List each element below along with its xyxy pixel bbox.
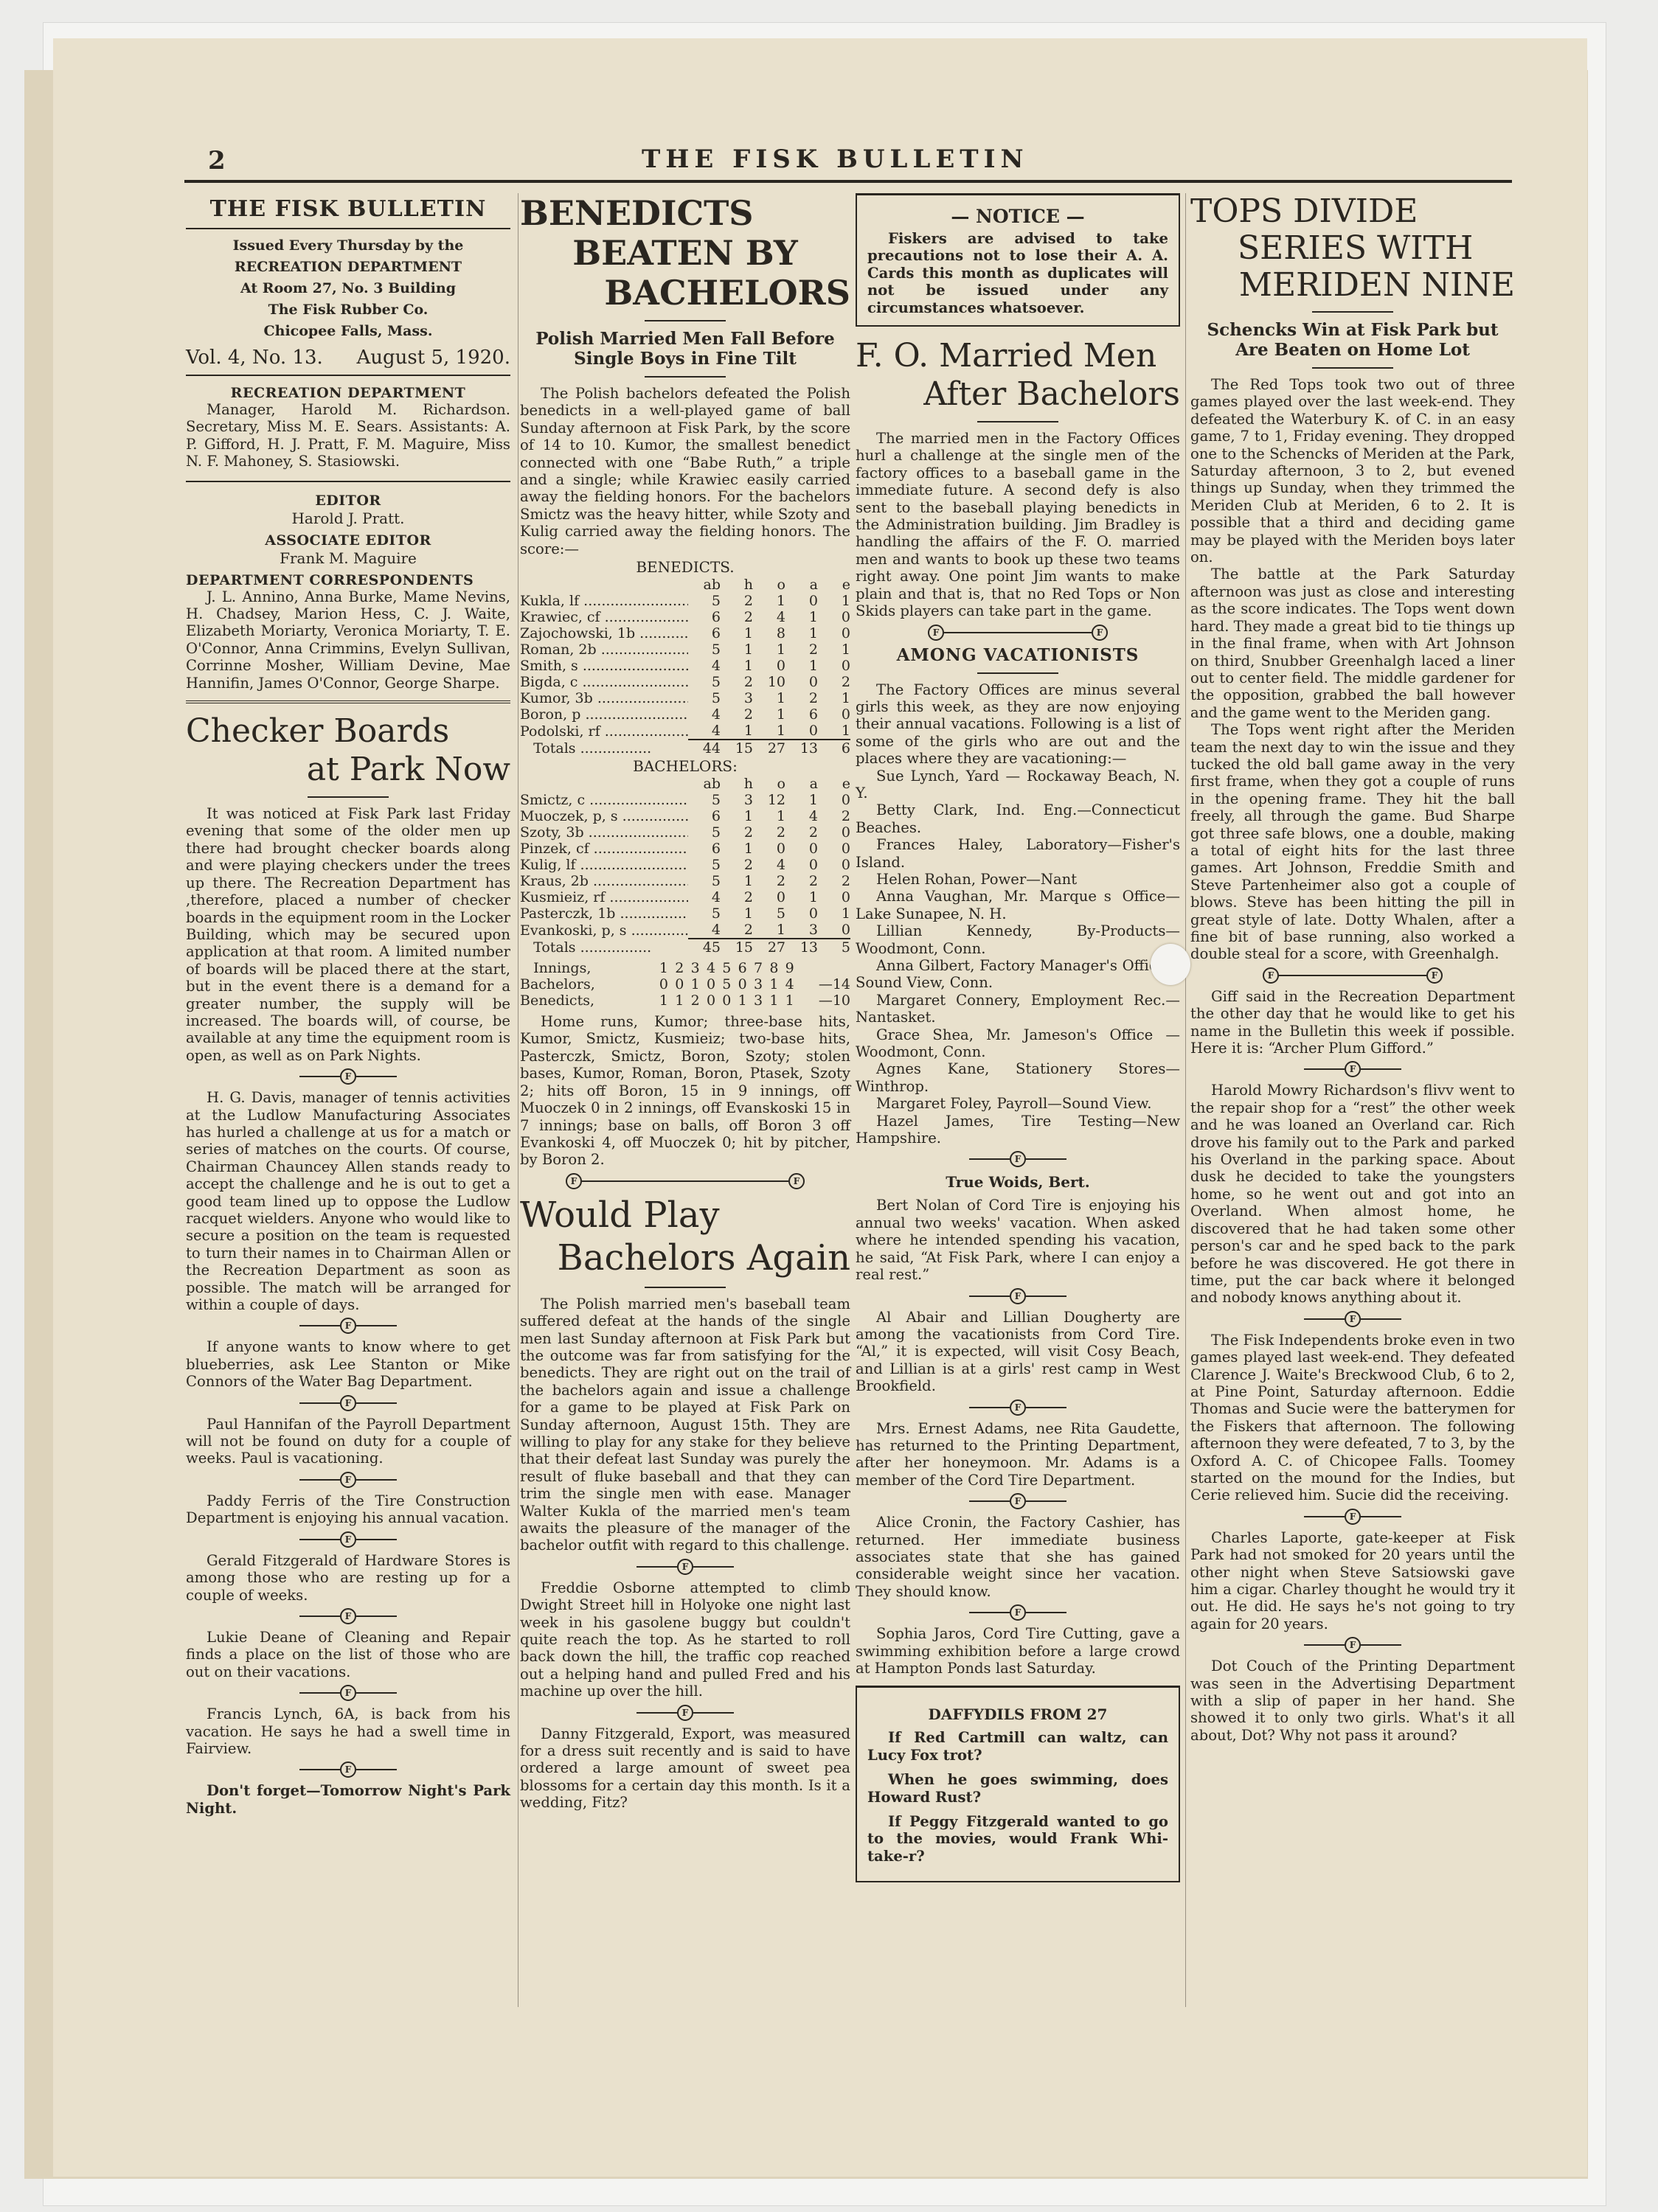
f-separator: F xyxy=(186,1068,510,1085)
stat-cell: 2 xyxy=(818,808,850,824)
news-item: Lukie Deane of Cleaning and Repair finds… xyxy=(186,1629,510,1680)
stat-cell: 4 xyxy=(785,808,818,824)
daffydil-item: When he goes swimming, does Howard Rust? xyxy=(867,1771,1168,1806)
player-row: Kulig, lf ..............................… xyxy=(520,857,850,873)
stat-cell: 1 xyxy=(753,690,785,706)
stat-cell: 4 xyxy=(688,706,721,723)
stat-cell: 1 xyxy=(721,723,753,740)
column-header: e xyxy=(818,577,850,593)
fisk-f-icon: F xyxy=(340,1685,356,1701)
separator-line xyxy=(299,1539,340,1540)
player-row: Smith, s ..............................4… xyxy=(520,658,850,674)
separator-line xyxy=(969,1612,1010,1613)
header-rule xyxy=(184,180,1512,183)
stat-cell: 4 xyxy=(688,723,721,740)
tops-deck: Schencks Win at Fisk Park but Are Beaten… xyxy=(1190,320,1515,360)
inning-runs: 0 xyxy=(715,992,731,1009)
masthead-line: Chicopee Falls, Mass. xyxy=(186,321,510,342)
stat-cell: 6 xyxy=(688,625,721,641)
column-1: THE FISK BULLETIN Issued Every Thursday … xyxy=(186,193,510,1817)
total-cell: 15 xyxy=(721,740,753,757)
news-item: Gerald Fitzgerald of Hardware Stores is … xyxy=(186,1552,510,1604)
inning-runs: 1 xyxy=(778,992,794,1009)
inning-runs: 5 xyxy=(715,976,731,992)
notice-body: Fiskers are advised to take precautions … xyxy=(867,230,1168,316)
daffydil-item: If Peggy Fitzgerald wanted to go to the … xyxy=(867,1813,1168,1865)
separator-line xyxy=(356,1402,397,1404)
fisk-f-icon: F xyxy=(677,1559,693,1575)
tops-paragraph: The battle at the Park Saturday afternoo… xyxy=(1190,566,1515,721)
vacationists-intro: The Factory Offices are minus several gi… xyxy=(856,681,1180,768)
news-item: Sophia Jaros, Cord Tire Cutting, gave a … xyxy=(856,1625,1180,1677)
player-row: Szoty, 3b ..............................… xyxy=(520,824,850,841)
stat-cell: 3 xyxy=(721,690,753,706)
column-header: a xyxy=(785,776,818,792)
short-rule xyxy=(977,672,1058,674)
stat-cell: 5 xyxy=(688,905,721,922)
player-row: Krawiec, cf ............................… xyxy=(520,609,850,625)
tops-paragraphs: The Red Tops took two out of three games… xyxy=(1190,376,1515,963)
separator-line xyxy=(969,1295,1010,1297)
stat-cell: 1 xyxy=(721,873,753,889)
stat-cell: 12 xyxy=(753,792,785,808)
fisk-f-icon: F xyxy=(340,1531,356,1548)
fo-body: The married men in the Factory Offices h… xyxy=(856,430,1180,619)
benedicts-headline: BENEDICTS BEATEN BY BACHELORS xyxy=(520,193,850,313)
vacationist-entry: Betty Clark, Ind. Eng.—Connecticut Beach… xyxy=(856,801,1180,836)
f-separator: F xyxy=(186,1608,510,1624)
fisk-f-icon: F xyxy=(1426,967,1443,984)
issue-date: August 5, 1920. xyxy=(357,347,510,369)
separator-line xyxy=(1026,1407,1066,1408)
f-separator: F xyxy=(856,1493,1180,1509)
stat-cell: 1 xyxy=(818,905,850,922)
stat-cell: 2 xyxy=(785,873,818,889)
inning-runs: 3 xyxy=(747,992,763,1009)
headline-line: SERIES WITH xyxy=(1190,230,1515,267)
column-header: ab xyxy=(688,776,721,792)
editor-name: Harold J. Pratt. xyxy=(186,509,510,528)
player-name: Pasterczk, 1b ..........................… xyxy=(520,905,688,922)
inning-runs: 1 xyxy=(731,992,746,1009)
fisk-f-icon: F xyxy=(1263,967,1279,984)
stat-cell: 2 xyxy=(721,889,753,905)
separator-line xyxy=(356,1076,397,1077)
headline-line: at Park Now xyxy=(186,751,510,789)
inning-number: 8 xyxy=(763,960,778,976)
headline-line: TOPS DIVIDE xyxy=(1190,193,1515,230)
separator-line xyxy=(637,1566,677,1568)
column-header xyxy=(520,577,688,593)
f-separator: F xyxy=(186,1318,510,1334)
total-cell: 27 xyxy=(753,740,785,757)
totals-row: Totals ................441527136 xyxy=(520,740,850,757)
masthead-line: At Room 27, No. 3 Building xyxy=(186,278,510,299)
associate-editor-heading: ASSOCIATE EDITOR xyxy=(186,532,510,549)
stat-cell: 1 xyxy=(753,706,785,723)
inning-number: 1 xyxy=(653,960,668,976)
news-item: Harold Mowry Richardson's flivv went to … xyxy=(1190,1082,1515,1306)
stat-cell: 4 xyxy=(688,658,721,674)
stat-cell: 8 xyxy=(753,625,785,641)
f-separator: F xyxy=(520,1705,850,1721)
vacation-items: Bert Nolan of Cord Tire is enjoying his … xyxy=(856,1197,1180,1677)
stat-cell: 0 xyxy=(785,841,818,857)
inning-runs: 3 xyxy=(747,976,763,992)
headline-line: BEATEN BY xyxy=(520,233,850,273)
paper-hole-damage xyxy=(1151,944,1190,985)
news-item: Charles Laporte, gate-keeper at Fisk Par… xyxy=(1190,1529,1515,1632)
stat-cell: 3 xyxy=(785,922,818,939)
news-item: Francis Lynch, 6A, is back from his vaca… xyxy=(186,1705,510,1757)
daffydils-heading: DAFFYDILS FROM 27 xyxy=(867,1705,1168,1723)
tops-headline: TOPS DIVIDE SERIES WITH MERIDEN NINE xyxy=(1190,193,1515,304)
fisk-f-icon: F xyxy=(340,1472,356,1488)
stat-cell: 1 xyxy=(753,641,785,658)
final-score: —14 xyxy=(794,976,850,992)
player-name: Muoczek, p, s ..........................… xyxy=(520,808,688,824)
f-separator: F xyxy=(186,1685,510,1701)
stat-cell: 2 xyxy=(721,593,753,609)
stat-cell: 4 xyxy=(753,857,785,873)
player-row: Roman, 2b ..............................… xyxy=(520,641,850,658)
news-item: Paul Hannifan of the Payroll Department … xyxy=(186,1416,510,1467)
fisk-f-icon: F xyxy=(566,1173,582,1189)
headline-line: BENEDICTS xyxy=(520,193,850,233)
fisk-f-icon: F xyxy=(1345,1061,1361,1077)
column-header: o xyxy=(753,577,785,593)
inning-number: 4 xyxy=(700,960,715,976)
inning-runs: 1 xyxy=(668,992,684,1009)
stat-cell: 5 xyxy=(688,641,721,658)
player-row: Kumor, 3b ..............................… xyxy=(520,690,850,706)
news-item: Mrs. Ernest Adams, nee Rita Gaudette, ha… xyxy=(856,1420,1180,1489)
short-rule xyxy=(308,796,389,798)
correspondents-list: J. L. Annino, Anna Burke, Mame Nevins, H… xyxy=(186,588,510,692)
inning-number: 9 xyxy=(778,960,794,976)
news-item: Al Abair and Lillian Dougherty are among… xyxy=(856,1309,1180,1395)
stat-cell: 6 xyxy=(688,609,721,625)
separator-line xyxy=(356,1325,397,1326)
inning-runs: 4 xyxy=(778,976,794,992)
player-name: Boron, p .............................. xyxy=(520,706,688,723)
player-name: Podolski, rf ...........................… xyxy=(520,723,688,740)
inning-runs: 1 xyxy=(763,976,778,992)
fisk-f-icon: F xyxy=(340,1068,356,1085)
vacationist-entry: Grace Shea, Mr. Jameson's Office —Woodmo… xyxy=(856,1026,1180,1061)
stat-cell: 1 xyxy=(721,808,753,824)
stat-cell: 2 xyxy=(785,824,818,841)
headline-line: F. O. Married Men xyxy=(856,337,1180,375)
daffydils-items: If Red Cartmill can waltz, can Lucy Fox … xyxy=(867,1729,1168,1865)
page-number: 2 xyxy=(208,146,226,175)
stat-cell: 1 xyxy=(721,658,753,674)
separator-line xyxy=(969,1500,1010,1502)
player-row: Bigda, c ..............................5… xyxy=(520,674,850,690)
stat-cell: 1 xyxy=(753,593,785,609)
would-play-items: FFreddie Osborne attempted to climb Dwig… xyxy=(520,1559,850,1812)
player-name: Zajochowski, 1b ........................… xyxy=(520,625,688,641)
vacationist-entry: Hazel James, Tire Testing—New Hampshire. xyxy=(856,1113,1180,1147)
team-name: BENEDICTS. xyxy=(520,557,850,577)
headline-line: Checker Boards xyxy=(186,712,510,751)
total-cell: 6 xyxy=(818,740,850,757)
associate-editor-name: Frank M. Maguire xyxy=(186,549,510,568)
box-score: BENEDICTS.abhoaeKukla, lf ..............… xyxy=(520,557,850,956)
total-cell: 13 xyxy=(785,740,818,757)
masthead: THE FISK BULLETIN Issued Every Thursday … xyxy=(186,193,510,376)
fisk-f-icon: F xyxy=(340,1318,356,1334)
line-score-row: Benedicts,112001311—10 xyxy=(520,992,850,1009)
f-separator: FF xyxy=(520,1173,850,1189)
stat-cell: 1 xyxy=(785,625,818,641)
totals-row: Totals ................451527135 xyxy=(520,939,850,956)
short-rule xyxy=(645,1287,726,1288)
stat-cell: 5 xyxy=(688,593,721,609)
total-cell: 27 xyxy=(753,939,785,956)
totals-label: Totals ................ xyxy=(520,939,688,956)
correspondents-heading: DEPARTMENT CORRESPONDENTS xyxy=(186,572,510,588)
line-score: Innings,123456789Bachelors,001050314—14B… xyxy=(520,960,850,1009)
separator-line xyxy=(1026,1612,1066,1613)
fisk-f-icon: F xyxy=(928,625,944,641)
fisk-f-icon: F xyxy=(340,1608,356,1624)
news-item: Giff said in the Recreation Department t… xyxy=(1190,988,1515,1057)
player-name: Pinzek, cf .............................… xyxy=(520,841,688,857)
fisk-f-icon: F xyxy=(340,1761,356,1778)
team-label: Bachelors, xyxy=(520,976,653,992)
stat-cell: 1 xyxy=(785,658,818,674)
f-separator: F xyxy=(1190,1061,1515,1077)
column-4: TOPS DIVIDE SERIES WITH MERIDEN NINE Sch… xyxy=(1190,193,1515,1748)
fisk-f-icon: F xyxy=(1010,1493,1026,1509)
column-header: a xyxy=(785,577,818,593)
would-play-headline: Would Play Bachelors Again xyxy=(520,1194,850,1279)
player-row: Muoczek, p, s ..........................… xyxy=(520,808,850,824)
headline-line: Bachelors Again xyxy=(520,1237,850,1279)
f-separator: FF xyxy=(1190,967,1515,984)
total-cell: 13 xyxy=(785,939,818,956)
benedicts-body: The Polish bachelors defeated the Polish… xyxy=(520,385,850,557)
separator-line xyxy=(693,1712,734,1714)
inning-runs: 1 xyxy=(684,976,699,992)
separator-line xyxy=(299,1615,340,1617)
masthead-line: Issued Every Thursday by the xyxy=(186,235,510,257)
player-name: Kraus, 2b .............................. xyxy=(520,873,688,889)
inning-runs: 0 xyxy=(700,992,715,1009)
player-row: Kraus, 2b ..............................… xyxy=(520,873,850,889)
separator-line xyxy=(299,1692,340,1694)
stat-cell: 0 xyxy=(818,922,850,939)
inning-runs: 0 xyxy=(731,976,746,992)
checker-items: FH. G. Davis, manager of tennis activiti… xyxy=(186,1068,510,1778)
tops-items: Giff said in the Recreation Department t… xyxy=(1190,988,1515,1744)
would-play-body: The Polish married men's baseball team s… xyxy=(520,1295,850,1554)
vacationist-entry: Margaret Connery, Employment Rec.—Nantas… xyxy=(856,992,1180,1026)
vacationist-entry: Anna Gilbert, Factory Manager's Office—S… xyxy=(856,957,1180,992)
stat-cell: 0 xyxy=(785,593,818,609)
f-separator: F xyxy=(520,1559,850,1575)
column-header: h xyxy=(721,577,753,593)
player-row: Kusmieiz, rf ...........................… xyxy=(520,889,850,905)
column-header: ab xyxy=(688,577,721,593)
player-name: Roman, 2b .............................. xyxy=(520,641,688,658)
stat-cell: 5 xyxy=(688,792,721,808)
fisk-f-icon: F xyxy=(1345,1637,1361,1653)
separator-line xyxy=(1361,1516,1401,1517)
total-cell xyxy=(794,960,850,976)
f-separator: F xyxy=(856,1604,1180,1621)
player-name: Smictz, c .............................. xyxy=(520,792,688,808)
column-rule xyxy=(1185,193,1186,2007)
stat-cell: 0 xyxy=(818,706,850,723)
separator-line xyxy=(299,1769,340,1770)
stat-cell: 1 xyxy=(818,723,850,740)
news-item: H. G. Davis, manager of tennis activitie… xyxy=(186,1089,510,1313)
player-row: Pasterczk, 1b ..........................… xyxy=(520,905,850,922)
stat-cell: 10 xyxy=(753,674,785,690)
box-score-table: abhoaeKukla, lf ........................… xyxy=(520,577,850,757)
daffydil-item: If Red Cartmill can waltz, can Lucy Fox … xyxy=(867,1729,1168,1764)
total-cell: 15 xyxy=(721,939,753,956)
separator-line xyxy=(299,1325,340,1326)
f-separator: F xyxy=(856,1399,1180,1416)
inning-runs: 0 xyxy=(700,976,715,992)
stat-cell: 0 xyxy=(753,889,785,905)
player-row: Evankoski, p, s ........................… xyxy=(520,922,850,939)
stat-cell: 0 xyxy=(753,658,785,674)
stat-cell: 0 xyxy=(818,841,850,857)
stat-cell: 0 xyxy=(818,625,850,641)
stat-cell: 2 xyxy=(721,922,753,939)
column-3: — NOTICE — Fiskers are advised to take p… xyxy=(856,193,1180,1882)
headline-line: After Bachelors xyxy=(856,375,1180,414)
vacationist-entry: Sue Lynch, Yard — Rockaway Beach, N. Y. xyxy=(856,768,1180,802)
news-item: Freddie Osborne attempted to climb Dwigh… xyxy=(520,1579,850,1700)
headline-line: Would Play xyxy=(520,1194,850,1237)
column-header: o xyxy=(753,776,785,792)
stat-cell: 5 xyxy=(688,873,721,889)
fisk-f-icon: F xyxy=(340,1395,356,1411)
stat-cell: 2 xyxy=(721,674,753,690)
stat-cell: 4 xyxy=(688,889,721,905)
player-name: Evankoski, p, s ........................… xyxy=(520,922,688,939)
separator-line xyxy=(1361,1068,1401,1070)
stat-cell: 1 xyxy=(818,641,850,658)
separator-line xyxy=(1304,1318,1345,1320)
stat-cell: 2 xyxy=(721,824,753,841)
f-separator: F xyxy=(856,1288,1180,1304)
running-header-title: THE FISK BULLETIN xyxy=(642,145,1029,174)
fisk-f-icon: F xyxy=(1345,1509,1361,1525)
separator-line xyxy=(637,1712,677,1714)
player-name: Kumor, 3b .............................. xyxy=(520,690,688,706)
stat-cell: 1 xyxy=(721,841,753,857)
innings-label: Innings, xyxy=(520,960,653,976)
closing-reminder: Don't forget—Tomorrow Night's Park Night… xyxy=(186,1782,510,1817)
inning-runs: 1 xyxy=(653,992,668,1009)
column-2: BENEDICTS BEATEN BY BACHELORS Polish Mar… xyxy=(520,193,850,1816)
fisk-f-icon: F xyxy=(1092,625,1108,641)
stat-cell: 1 xyxy=(721,625,753,641)
stat-cell: 6 xyxy=(688,841,721,857)
news-item: The Fisk Independents broke even in two … xyxy=(1190,1332,1515,1504)
true-woids-heading: True Woids, Bert. xyxy=(856,1173,1180,1191)
final-score: —10 xyxy=(794,992,850,1009)
section-divider xyxy=(186,700,510,703)
dept-heading: RECREATION DEPARTMENT xyxy=(186,385,510,401)
f-separator: F xyxy=(186,1395,510,1411)
fo-headline: F. O. Married Men After Bachelors xyxy=(856,337,1180,414)
fisk-f-icon: F xyxy=(1010,1288,1026,1304)
separator-line xyxy=(299,1402,340,1404)
vacationist-entry: Helen Rohan, Power—Nant xyxy=(856,871,1180,888)
totals-label: Totals ................ xyxy=(520,740,688,757)
fisk-f-icon: F xyxy=(1010,1151,1026,1167)
player-row: Zajochowski, 1b ........................… xyxy=(520,625,850,641)
line-score-table: Innings,123456789Bachelors,001050314—14B… xyxy=(520,960,850,1009)
masthead-line: RECREATION DEPARTMENT xyxy=(186,257,510,278)
news-item: If anyone wants to know where to get blu… xyxy=(186,1338,510,1390)
stat-cell: 0 xyxy=(785,674,818,690)
editor-heading: EDITOR xyxy=(186,493,510,509)
f-separator: FF xyxy=(856,625,1180,641)
f-separator: F xyxy=(1190,1509,1515,1525)
stat-cell: 5 xyxy=(688,824,721,841)
f-separator: F xyxy=(1190,1311,1515,1327)
notice-box: — NOTICE — Fiskers are advised to take p… xyxy=(856,193,1180,327)
column-rule xyxy=(518,193,518,2007)
f-separator: F xyxy=(856,1151,1180,1167)
total-cell: 44 xyxy=(688,740,721,757)
separator-line xyxy=(356,1692,397,1694)
stat-cell: 1 xyxy=(785,609,818,625)
stat-cell: 1 xyxy=(753,922,785,939)
news-item: Paddy Ferris of the Tire Construction De… xyxy=(186,1492,510,1527)
benedicts-deck: Polish Married Men Fall Before Single Bo… xyxy=(520,329,850,369)
player-name: Smith, s .............................. xyxy=(520,658,688,674)
stat-cell: 5 xyxy=(688,690,721,706)
stat-cell: 0 xyxy=(785,723,818,740)
player-name: Kusmieiz, rf ...........................… xyxy=(520,889,688,905)
stat-cell: 2 xyxy=(721,706,753,723)
f-separator: F xyxy=(186,1472,510,1488)
separator-line xyxy=(693,1566,734,1568)
vacationists-heading: AMONG VACATIONISTS xyxy=(856,645,1180,665)
line-score-row: Bachelors,001050314—14 xyxy=(520,976,850,992)
inning-number: 6 xyxy=(731,960,746,976)
player-name: Szoty, 3b .............................. xyxy=(520,824,688,841)
fisk-f-icon: F xyxy=(1345,1311,1361,1327)
masthead-title: THE FISK BULLETIN xyxy=(186,193,510,229)
inning-runs: 0 xyxy=(653,976,668,992)
stat-cell: 1 xyxy=(721,905,753,922)
short-rule xyxy=(977,421,1058,422)
stat-cell: 1 xyxy=(818,593,850,609)
masthead-volume-line: Vol. 4, No. 13. August 5, 1920. xyxy=(186,342,510,376)
inning-number: 5 xyxy=(715,960,731,976)
short-rule xyxy=(1312,311,1393,313)
checker-headline: Checker Boards at Park Now xyxy=(186,712,510,789)
stat-cell: 4 xyxy=(688,922,721,939)
headline-line: MERIDEN NINE xyxy=(1190,267,1515,304)
game-summary: Home runs, Kumor; three-base hits, Kumor… xyxy=(520,1013,850,1169)
fisk-f-icon: F xyxy=(1010,1604,1026,1621)
volume-number: Vol. 4, No. 13. xyxy=(186,347,323,369)
team-name: BACHELORS: xyxy=(520,757,850,776)
stat-cell: 0 xyxy=(818,889,850,905)
inning-runs: 2 xyxy=(684,992,699,1009)
